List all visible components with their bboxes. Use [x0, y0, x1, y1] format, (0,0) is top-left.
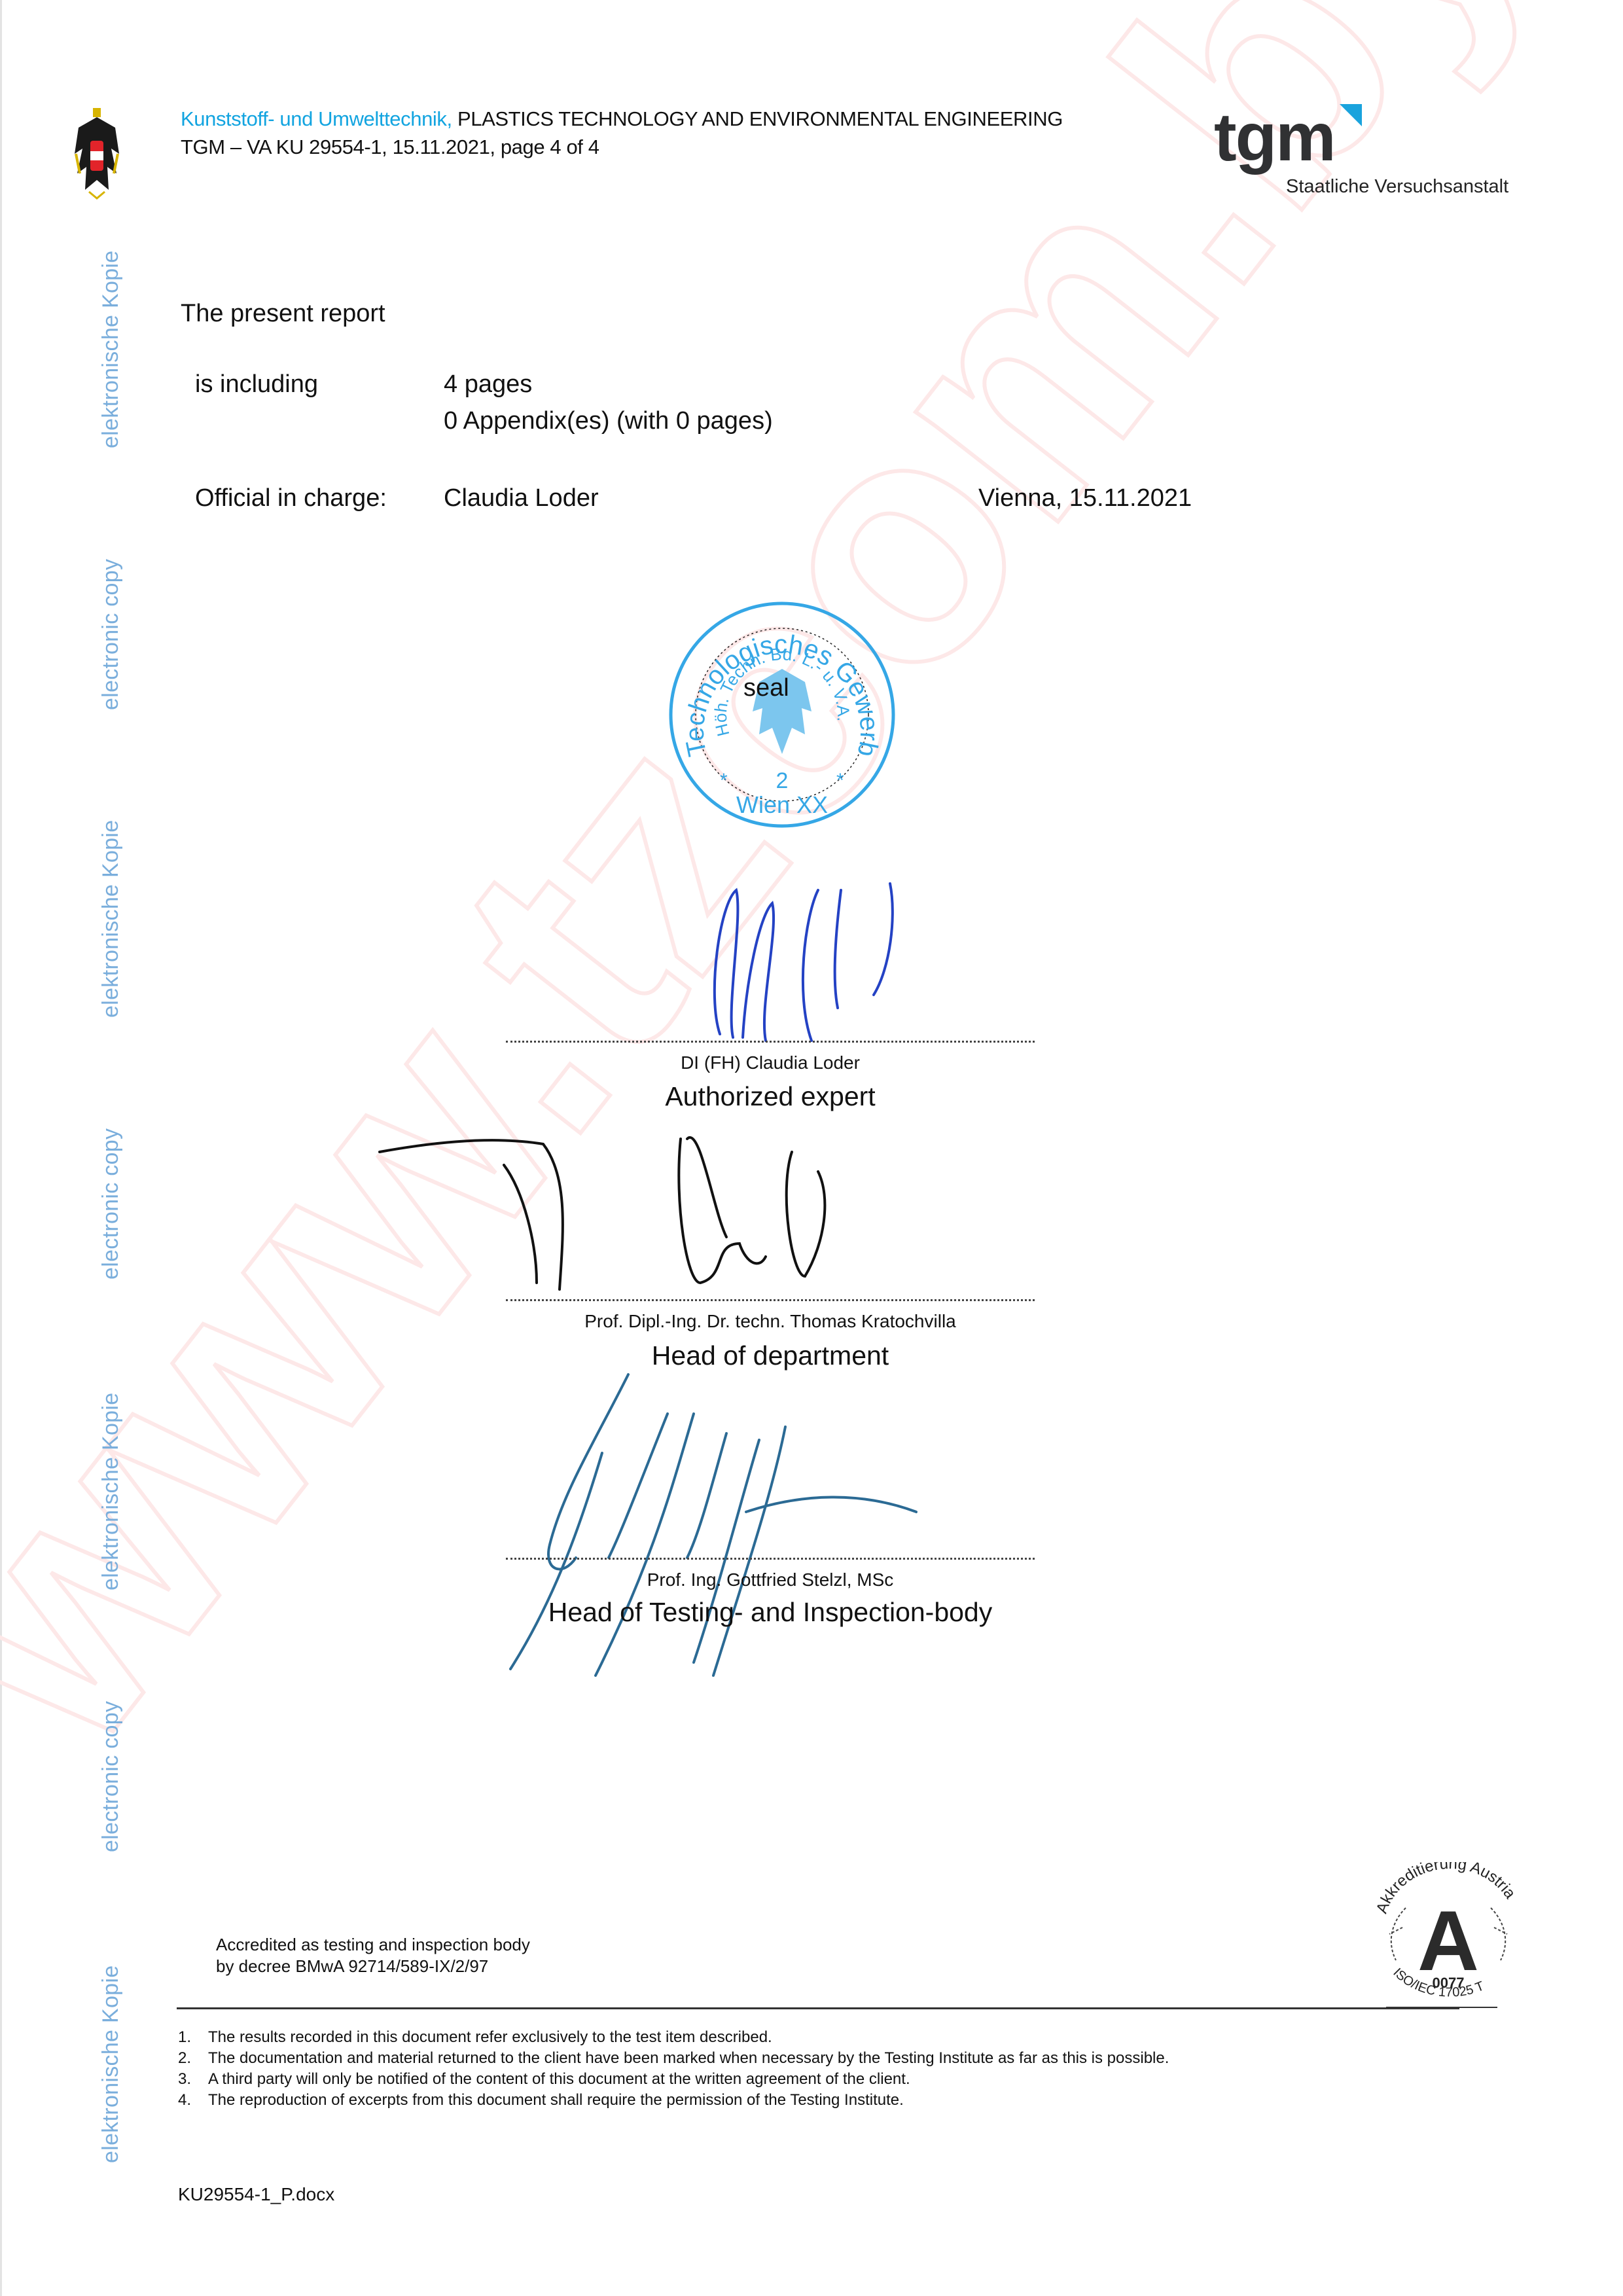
side-label: elektronische Kopie [98, 820, 124, 1018]
side-label: electronic copy [98, 559, 124, 710]
appendix-count: 0 Appendix(es) (with 0 pages) [444, 407, 773, 435]
report-reference: TGM – VA KU 29554-1, 15.11.2021, page 4 … [181, 135, 599, 159]
signer-role: Head of Testing- and Inspection-body [458, 1597, 1082, 1628]
side-label: elektronische Kopie [98, 1393, 124, 1590]
signer-role: Authorized expert [458, 1081, 1082, 1112]
seal-city: Wien XX [736, 791, 828, 818]
tgm-logo-triangle-icon [1340, 104, 1362, 126]
page-count: 4 pages [444, 370, 532, 399]
signer-name: Prof. Dipl.-Ing. Dr. techn. Thomas Krato… [506, 1311, 1035, 1332]
official-label: Official in charge: [195, 484, 387, 512]
svg-text:*: * [836, 770, 844, 791]
accreditation-austria-logo-icon: Akkreditierung Austria A 0077 ISO/IEC 17… [1366, 1862, 1530, 2013]
note-item: 1.The results recorded in this document … [178, 2027, 1169, 2048]
signer-name: Prof. Ing. Gottfried Stelzl, MSc [506, 1570, 1035, 1590]
accreditation-line1: Accredited as testing and inspection bod… [216, 1934, 530, 1956]
signer-name: DI (FH) Claudia Loder [506, 1052, 1035, 1073]
report-intro: The present report [181, 300, 385, 328]
signature-kratochvilla-icon [373, 1113, 962, 1309]
place-date: Vienna, 15.11.2021 [978, 484, 1192, 512]
austrian-eagle-icon [73, 108, 120, 200]
footer-notes: 1.The results recorded in this document … [178, 2027, 1169, 2111]
document-filename: KU29554-1_P.docx [178, 2184, 334, 2205]
seal-number: 2 [776, 768, 789, 793]
tgm-logo: tgm [1214, 103, 1335, 171]
accreditation-line2: by decree BMwA 92714/589-IX/2/97 [216, 1956, 530, 1977]
side-label: elektronische Kopie [98, 1965, 124, 2163]
side-label: electronic copy [98, 1701, 124, 1852]
note-item: 2.The documentation and material returne… [178, 2048, 1169, 2069]
signature-loder-icon [681, 877, 955, 1047]
tgm-subtitle: Staatliche Versuchsanstalt [1286, 176, 1508, 198]
seal-label: seal [743, 674, 789, 702]
footer-divider [177, 2007, 1459, 2009]
signature-line [506, 1299, 1035, 1301]
official-seal-icon: Technologisches Gewerbe-Museum Höh. Tech… [661, 597, 903, 833]
side-label: elektronische Kopie [98, 251, 124, 448]
page-edge [0, 0, 2, 2296]
signature-stelzl-icon [497, 1361, 955, 1689]
department-de: Kunststoff- und Umwelttechnik, [181, 107, 452, 130]
note-item: 4.The reproduction of excerpts from this… [178, 2090, 1169, 2111]
svg-text:*: * [720, 770, 728, 791]
department-en: PLASTICS TECHNOLOGY AND ENVIRONMENTAL EN… [452, 107, 1063, 130]
header-department: Kunststoff- und Umwelttechnik, PLASTICS … [181, 107, 1063, 131]
signature-line [506, 1558, 1035, 1560]
side-label: electronic copy [98, 1128, 124, 1280]
signature-line [506, 1041, 1035, 1043]
including-label: is including [195, 370, 318, 399]
accreditation-statement: Accredited as testing and inspection bod… [216, 1934, 530, 1977]
note-item: 3.A third party will only be notified of… [178, 2069, 1169, 2090]
official-name: Claudia Loder [444, 484, 599, 512]
